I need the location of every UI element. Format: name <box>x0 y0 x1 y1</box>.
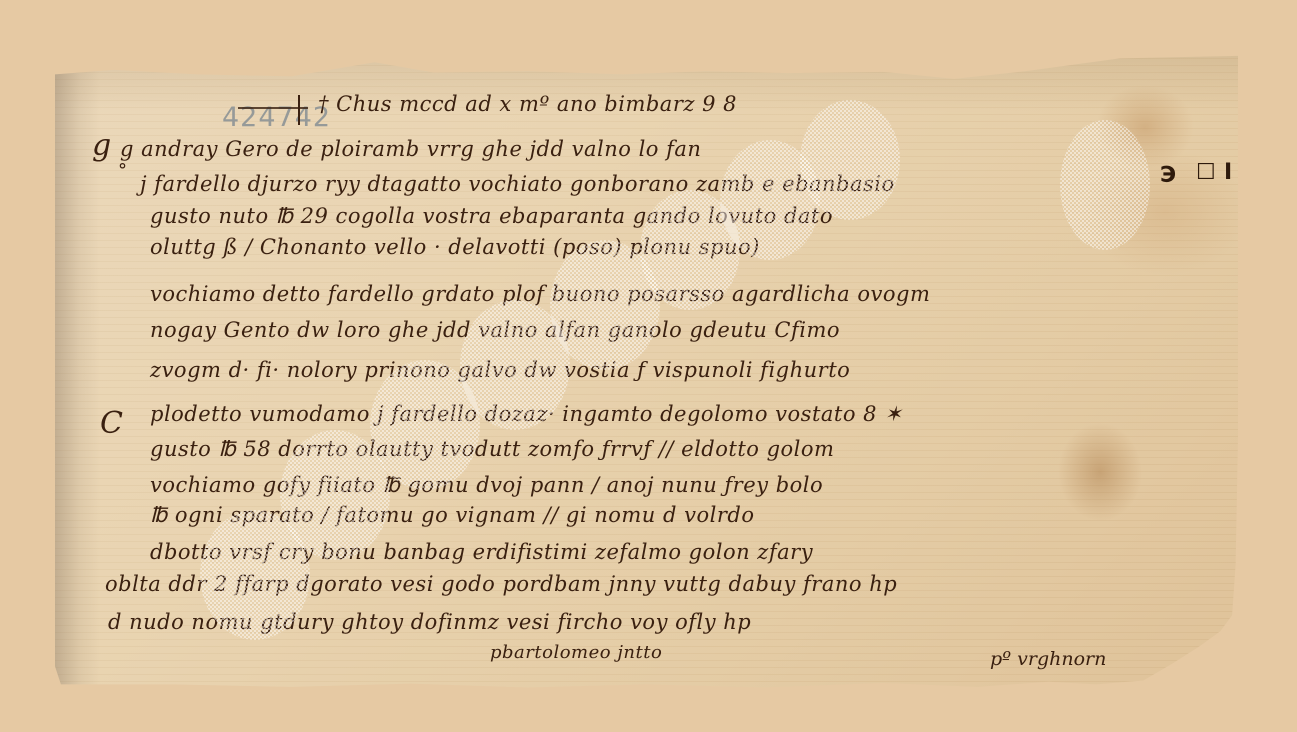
text-line-3: gusto nuto ℔ 29 cogolla vostra ebaparant… <box>150 204 833 228</box>
text-line-10: vochiamo gofy fiiato ℔ gomu dvoj pann / … <box>150 473 823 497</box>
text-line-11: ℔ ogni sparato / fatomu go vignam // gi … <box>150 503 754 527</box>
text-line-4: oluttg ß / Chonanto vello · delavotti (p… <box>150 235 760 259</box>
text-line-14: d nudo nomu gtdury ghtoy dofinmz vesi fi… <box>108 610 751 634</box>
text-line-12: dbotto vrsf cry bonu banbag erdifistimi … <box>150 540 813 564</box>
text-line-15: pbartolomeo jntto <box>490 642 662 663</box>
margin-mark-g: g <box>92 128 111 163</box>
text-line-5: vochiamo detto fardello grdato plof buon… <box>150 282 930 306</box>
text-line-8: plodetto vumodamo j fardello dozaz· inga… <box>150 402 902 426</box>
margin-mark-degree: ° <box>118 160 127 181</box>
header-line: † Chus mccd ad x mº ano bimbarz 9 8 <box>318 92 737 116</box>
text-line-13: oblta ddr 2 ffarp dgorato vesi godo pord… <box>105 572 897 596</box>
margin-mark-c: C <box>100 406 123 441</box>
symbol-scruple-icon: ℈ <box>1160 160 1175 185</box>
text-line-1: g andray Gero de ploiramb vrrg ghe jdd v… <box>120 137 701 161</box>
text-line-6: nogay Gento dw loro ghe jdd valno alfan … <box>150 318 840 342</box>
text-line-2: j fardello djurzo ryy dtagatto vochiato … <box>140 172 895 196</box>
text-line-7: zvogm d· fi· nolory prinono galvo dw vos… <box>150 358 850 382</box>
symbol-bar-icon: I <box>1224 160 1232 185</box>
text-line-9: gusto ℔ 58 dorrto olautty tvodutt zomfo … <box>150 437 834 461</box>
cross-mark-icon <box>298 95 300 125</box>
symbol-box-icon: ☐ <box>1196 160 1216 185</box>
signature: pº vrghnorn <box>990 648 1106 670</box>
